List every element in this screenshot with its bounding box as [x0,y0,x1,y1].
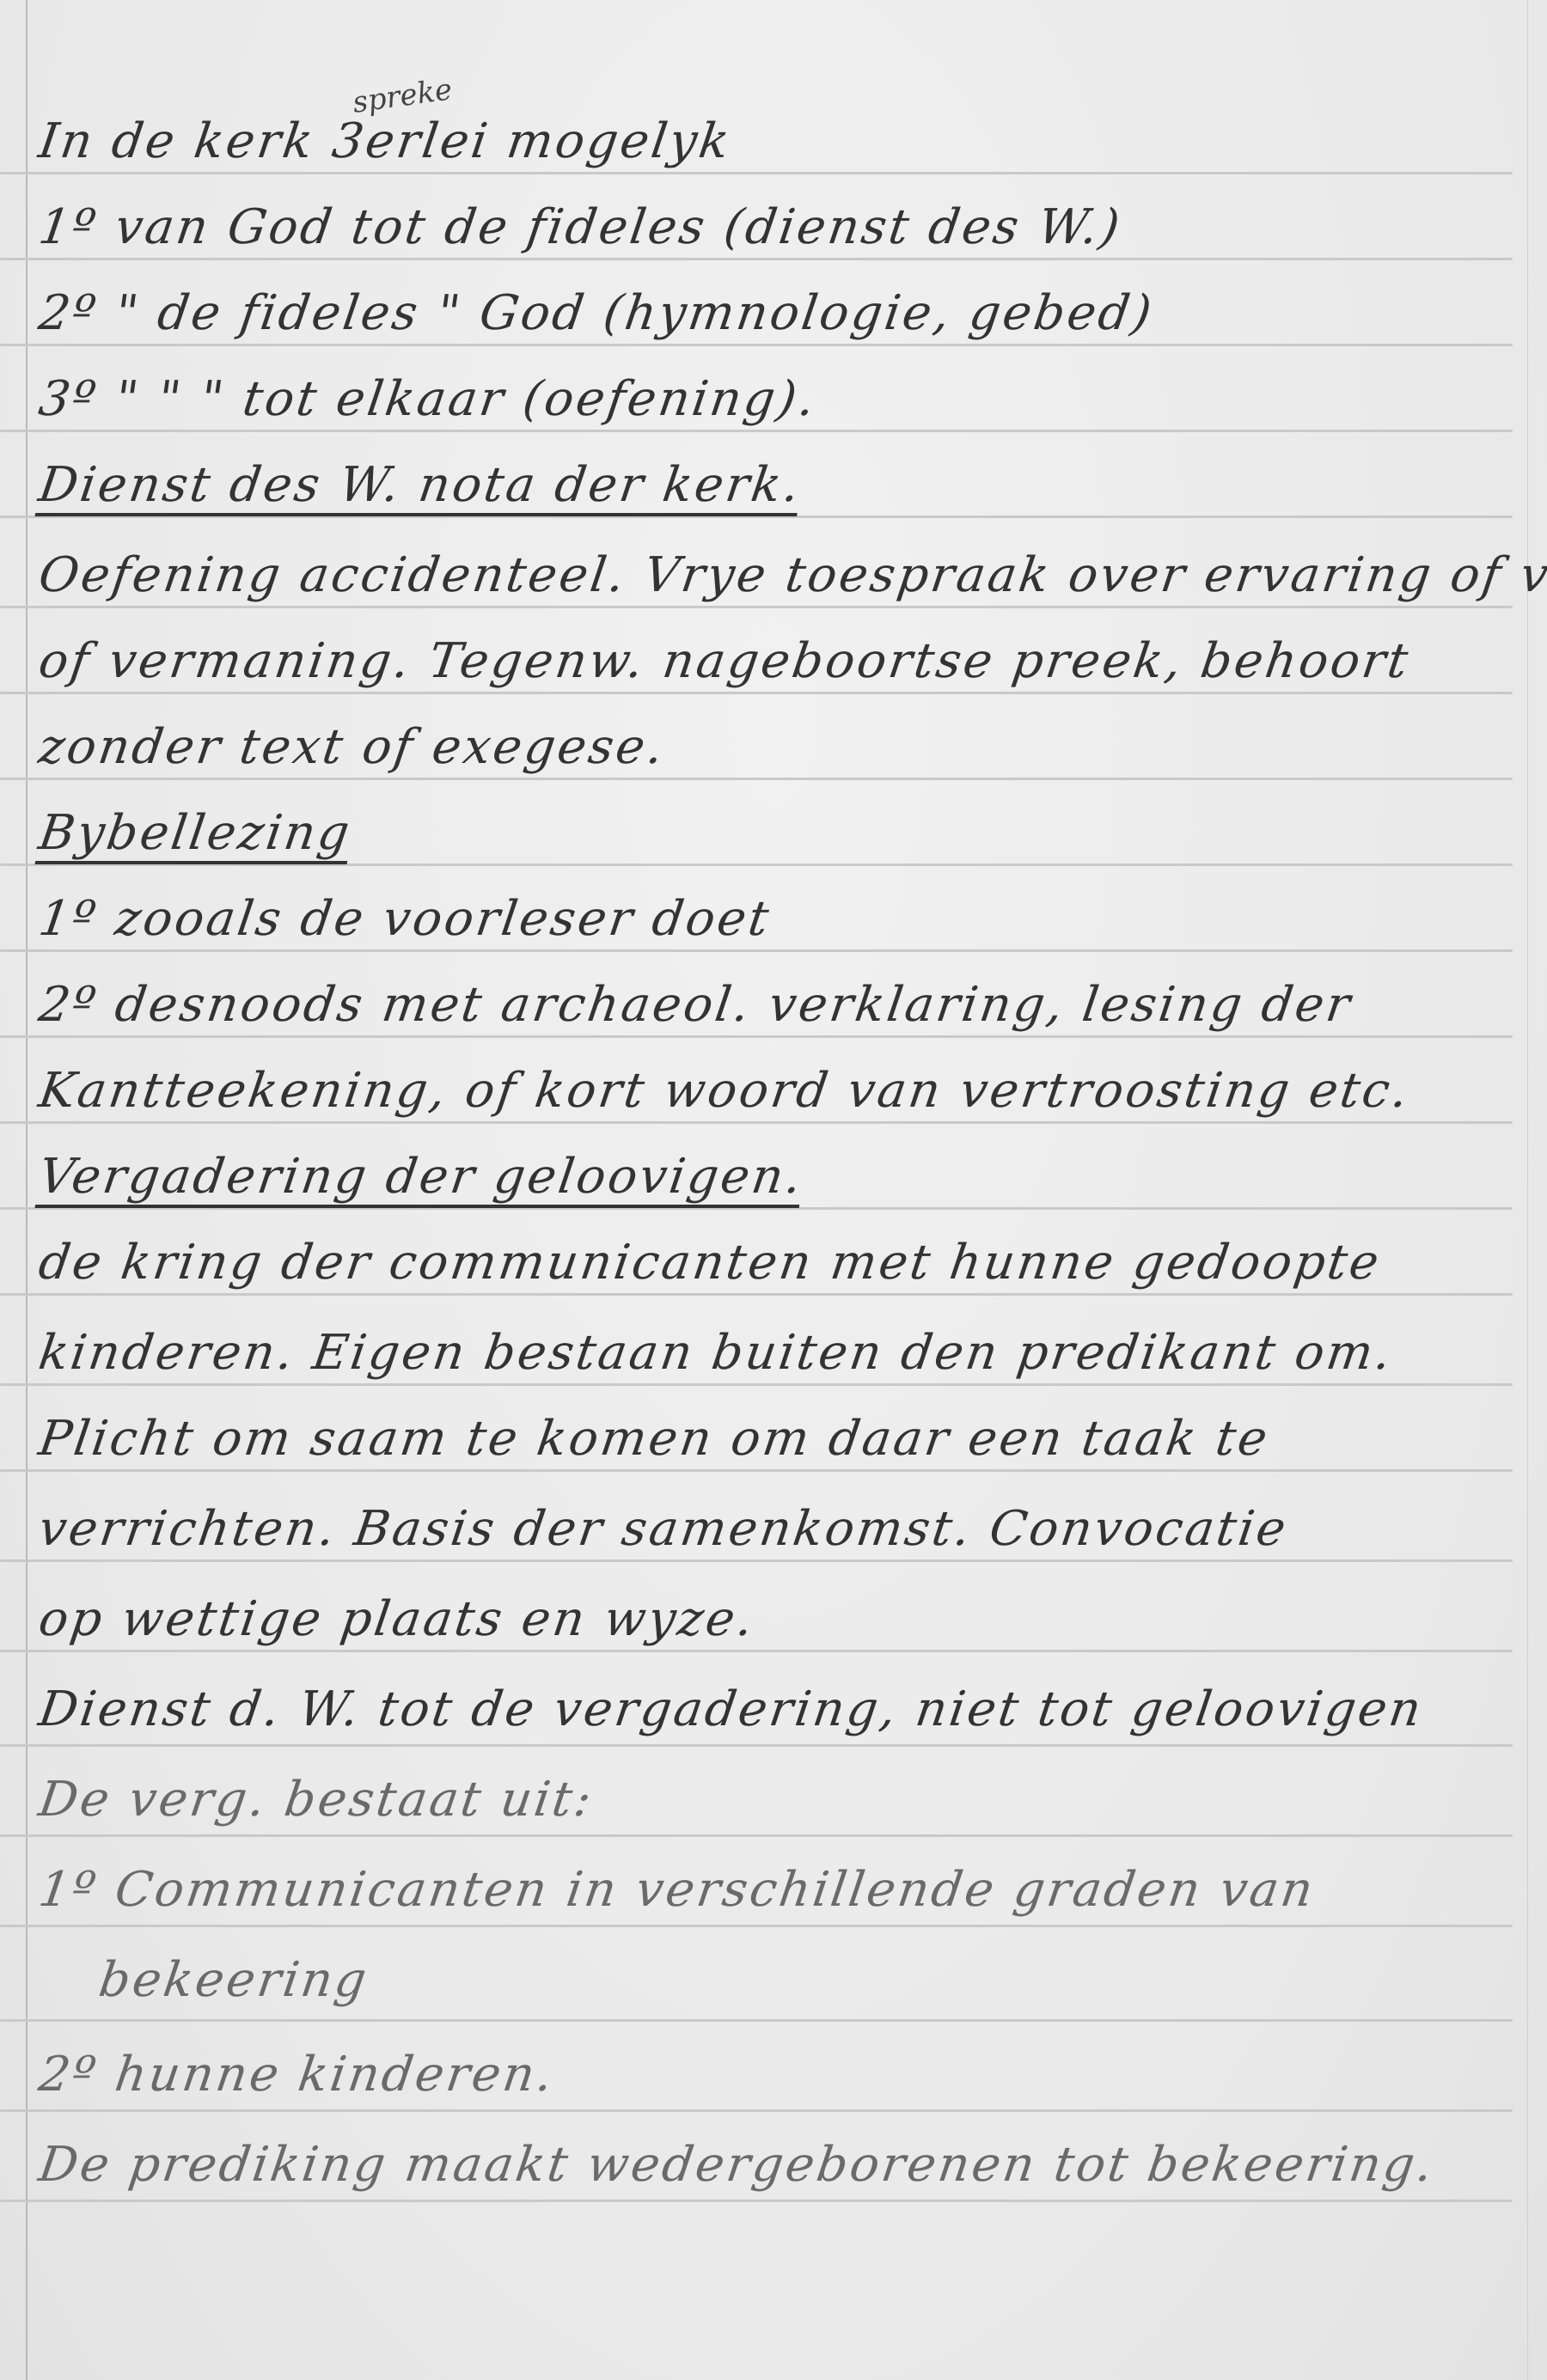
manuscript-line-24: De prediking maakt wedergeborenen tot be… [34,2131,1440,2200]
underlined-heading: Dienst des W. nota der kerk. [35,457,805,513]
right-page-edge [1527,0,1528,2380]
left-margin-line [26,0,28,2380]
manuscript-line-17: verrichten. Basis der samenkomst. Convoc… [34,1495,1293,1564]
manuscript-line-18: op wettige plaats en wyze. [34,1585,760,1654]
manuscript-line-22: bekeering [95,1946,373,2015]
manuscript-line-20: De verg. bestaat uit: [34,1766,598,1834]
ruled-line [0,1744,1513,1747]
manuscript-line-21: 1º Communicanten in verschillende graden… [34,1856,1319,1925]
underlined-heading: Bybellezing [35,805,355,861]
manuscript-line-6: Oefening accidenteel. Vrye toespraak ove… [34,541,1547,610]
ruled-line [0,1925,1513,1927]
ruled-line [0,2019,1513,2022]
manuscript-line-14: de kring der communicanten met hunne ged… [34,1229,1385,1297]
underlined-heading: Vergadering der geloovigen. [35,1149,807,1205]
manuscript-heading-bybellezing: Bybellezing [34,799,356,868]
manuscript-page: spreke In de kerk 3erlei mogelyk 1º van … [0,0,1547,2380]
manuscript-line-19: Dienst d. W. tot de vergadering, niet to… [34,1675,1428,1744]
manuscript-line-12: Kantteekening, of kort woord van vertroo… [34,1057,1415,1126]
manuscript-line-3: 2º " de fideles " God (hymnologie, gebed… [34,279,1158,348]
manuscript-line-4: 3º " " " tot elkaar (oefening). [34,365,822,434]
manuscript-heading-dienst: Dienst des W. nota der kerk. [34,451,806,520]
manuscript-line-7: of vermaning. Tegenw. nageboortse preek,… [34,627,1415,696]
ruled-line [0,1834,1513,1837]
manuscript-line-10: 1º zooals de voorleser doet [34,885,775,954]
manuscript-line-1: In de kerk 3erlei mogelyk [34,107,736,176]
manuscript-line-15: kinderen. Eigen bestaan buiten den predi… [34,1319,1397,1388]
manuscript-heading-vergadering: Vergadering der geloovigen. [34,1143,808,1211]
manuscript-line-11: 2º desnoods met archaeol. verklaring, le… [34,971,1357,1040]
manuscript-line-8: zonder text of exegese. [34,713,670,782]
manuscript-line-2: 1º van God tot de fideles (dienst des W.… [34,193,1126,262]
ruled-line [0,2109,1513,2112]
manuscript-line-16: Plicht om saam te komen om daar een taak… [34,1405,1274,1474]
manuscript-line-23: 2º hunne kinderen. [34,2041,559,2109]
ruled-line [0,2200,1513,2202]
